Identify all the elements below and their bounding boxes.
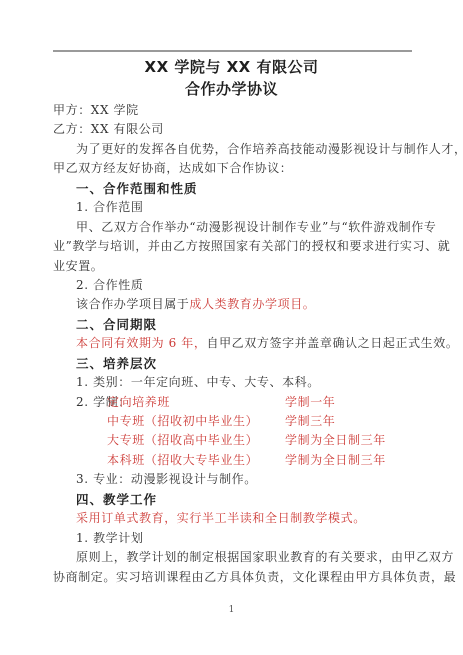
section4-heading: 四、教学工作	[53, 490, 412, 509]
schedule-row-1: 2. 学制： 定向培养班 学制一年	[53, 393, 412, 412]
schedule-class-2: 中专班（招收初中毕业生）	[107, 412, 258, 431]
section1-item1-title: 1. 合作范围	[53, 198, 412, 217]
section2-term-highlight: 本合同有效期为 6 年，	[76, 336, 206, 350]
schedule-class-3: 大专班（招收高中毕业生）	[107, 431, 258, 450]
section1-item1-line-1: 甲、乙双方合作举办“动漫影视设计制作专业”与“软件游戏制作专	[53, 218, 412, 237]
schedule-class-1: 定向培养班	[107, 393, 170, 412]
section1-item1-line-3: 业安置。	[53, 257, 412, 276]
header-divider	[53, 50, 412, 52]
doc-title-line-1: XX 学院与 XX 有限公司	[0, 57, 463, 79]
intro-line-2: 甲乙双方经友好协商，达成如下合作协议：	[53, 159, 412, 178]
schedule-row-2: 中专班（招收初中毕业生） 学制三年	[53, 412, 412, 431]
section4-item1-title: 1. 教学计划	[53, 529, 412, 548]
doc-title-line-2: 合作办学协议	[0, 79, 463, 101]
schedule-row-4: 本科班（招收大专毕业生） 学制为全日制三年	[53, 451, 412, 470]
schedule-duration-2: 学制三年	[285, 412, 335, 431]
section1-item2-prefix: 该合作办学项目属于	[76, 297, 189, 311]
section3-category-line: 1. 类别：一年定向班、中专、大专、本科。	[53, 373, 412, 392]
page-number: 1	[0, 604, 463, 616]
section4-item1-line-2: 协商制定。实习培训课程由乙方具体负责，文化课程由甲方具体负责，最	[53, 568, 412, 587]
section1-item2-highlight: 成人类教育办学项目。	[189, 297, 315, 311]
schedule-duration-1: 学制一年	[285, 393, 335, 412]
schedule-class-4: 本科班（招收大专毕业生）	[107, 451, 258, 470]
section1-heading: 一、合作范围和性质	[53, 179, 412, 198]
document-title-block: XX 学院与 XX 有限公司 合作办学协议	[0, 57, 463, 100]
section2-term-rest: 自甲乙双方签字并盖章确认之日起正式生效。	[206, 336, 458, 350]
section1-item2-line: 该合作办学项目属于成人类教育办学项目。	[53, 295, 412, 314]
document-page: XX 学院与 XX 有限公司 合作办学协议 甲方：XX 学院 乙方：XX 有限公…	[0, 0, 463, 655]
section2-heading: 二、合同期限	[53, 315, 412, 334]
section2-term-line: 本合同有效期为 6 年，自甲乙双方签字并盖章确认之日起正式生效。	[53, 334, 412, 353]
section3-major-line: 3. 专业：动漫影视设计与制作。	[53, 470, 412, 489]
section1-item1-line-2: 业”教学与培训，并由乙方按照国家有关部门的授权和要求进行实习、就	[53, 237, 412, 256]
schedule-duration-3: 学制为全日制三年	[285, 431, 386, 450]
section4-item1-line-1: 原则上，教学计划的制定根据国家职业教育的有关要求，由甲乙双方	[53, 548, 412, 567]
document-body: 甲方：XX 学院 乙方：XX 有限公司 为了更好的发挥各自优势，合作培养高技能动…	[53, 101, 412, 587]
section1-item2-title: 2. 合作性质	[53, 276, 412, 295]
schedule-row-3: 大专班（招收高中毕业生） 学制为全日制三年	[53, 431, 412, 450]
schedule-duration-4: 学制为全日制三年	[285, 451, 386, 470]
party-b-line: 乙方：XX 有限公司	[53, 120, 412, 139]
section3-heading: 三、培养层次	[53, 354, 412, 373]
party-a-line: 甲方：XX 学院	[53, 101, 412, 120]
section4-mode-line: 采用订单式教育，实行半工半读和全日制教学模式。	[53, 509, 412, 528]
intro-line-1: 为了更好的发挥各自优势，合作培养高技能动漫影视设计与制作人才，	[53, 140, 412, 159]
